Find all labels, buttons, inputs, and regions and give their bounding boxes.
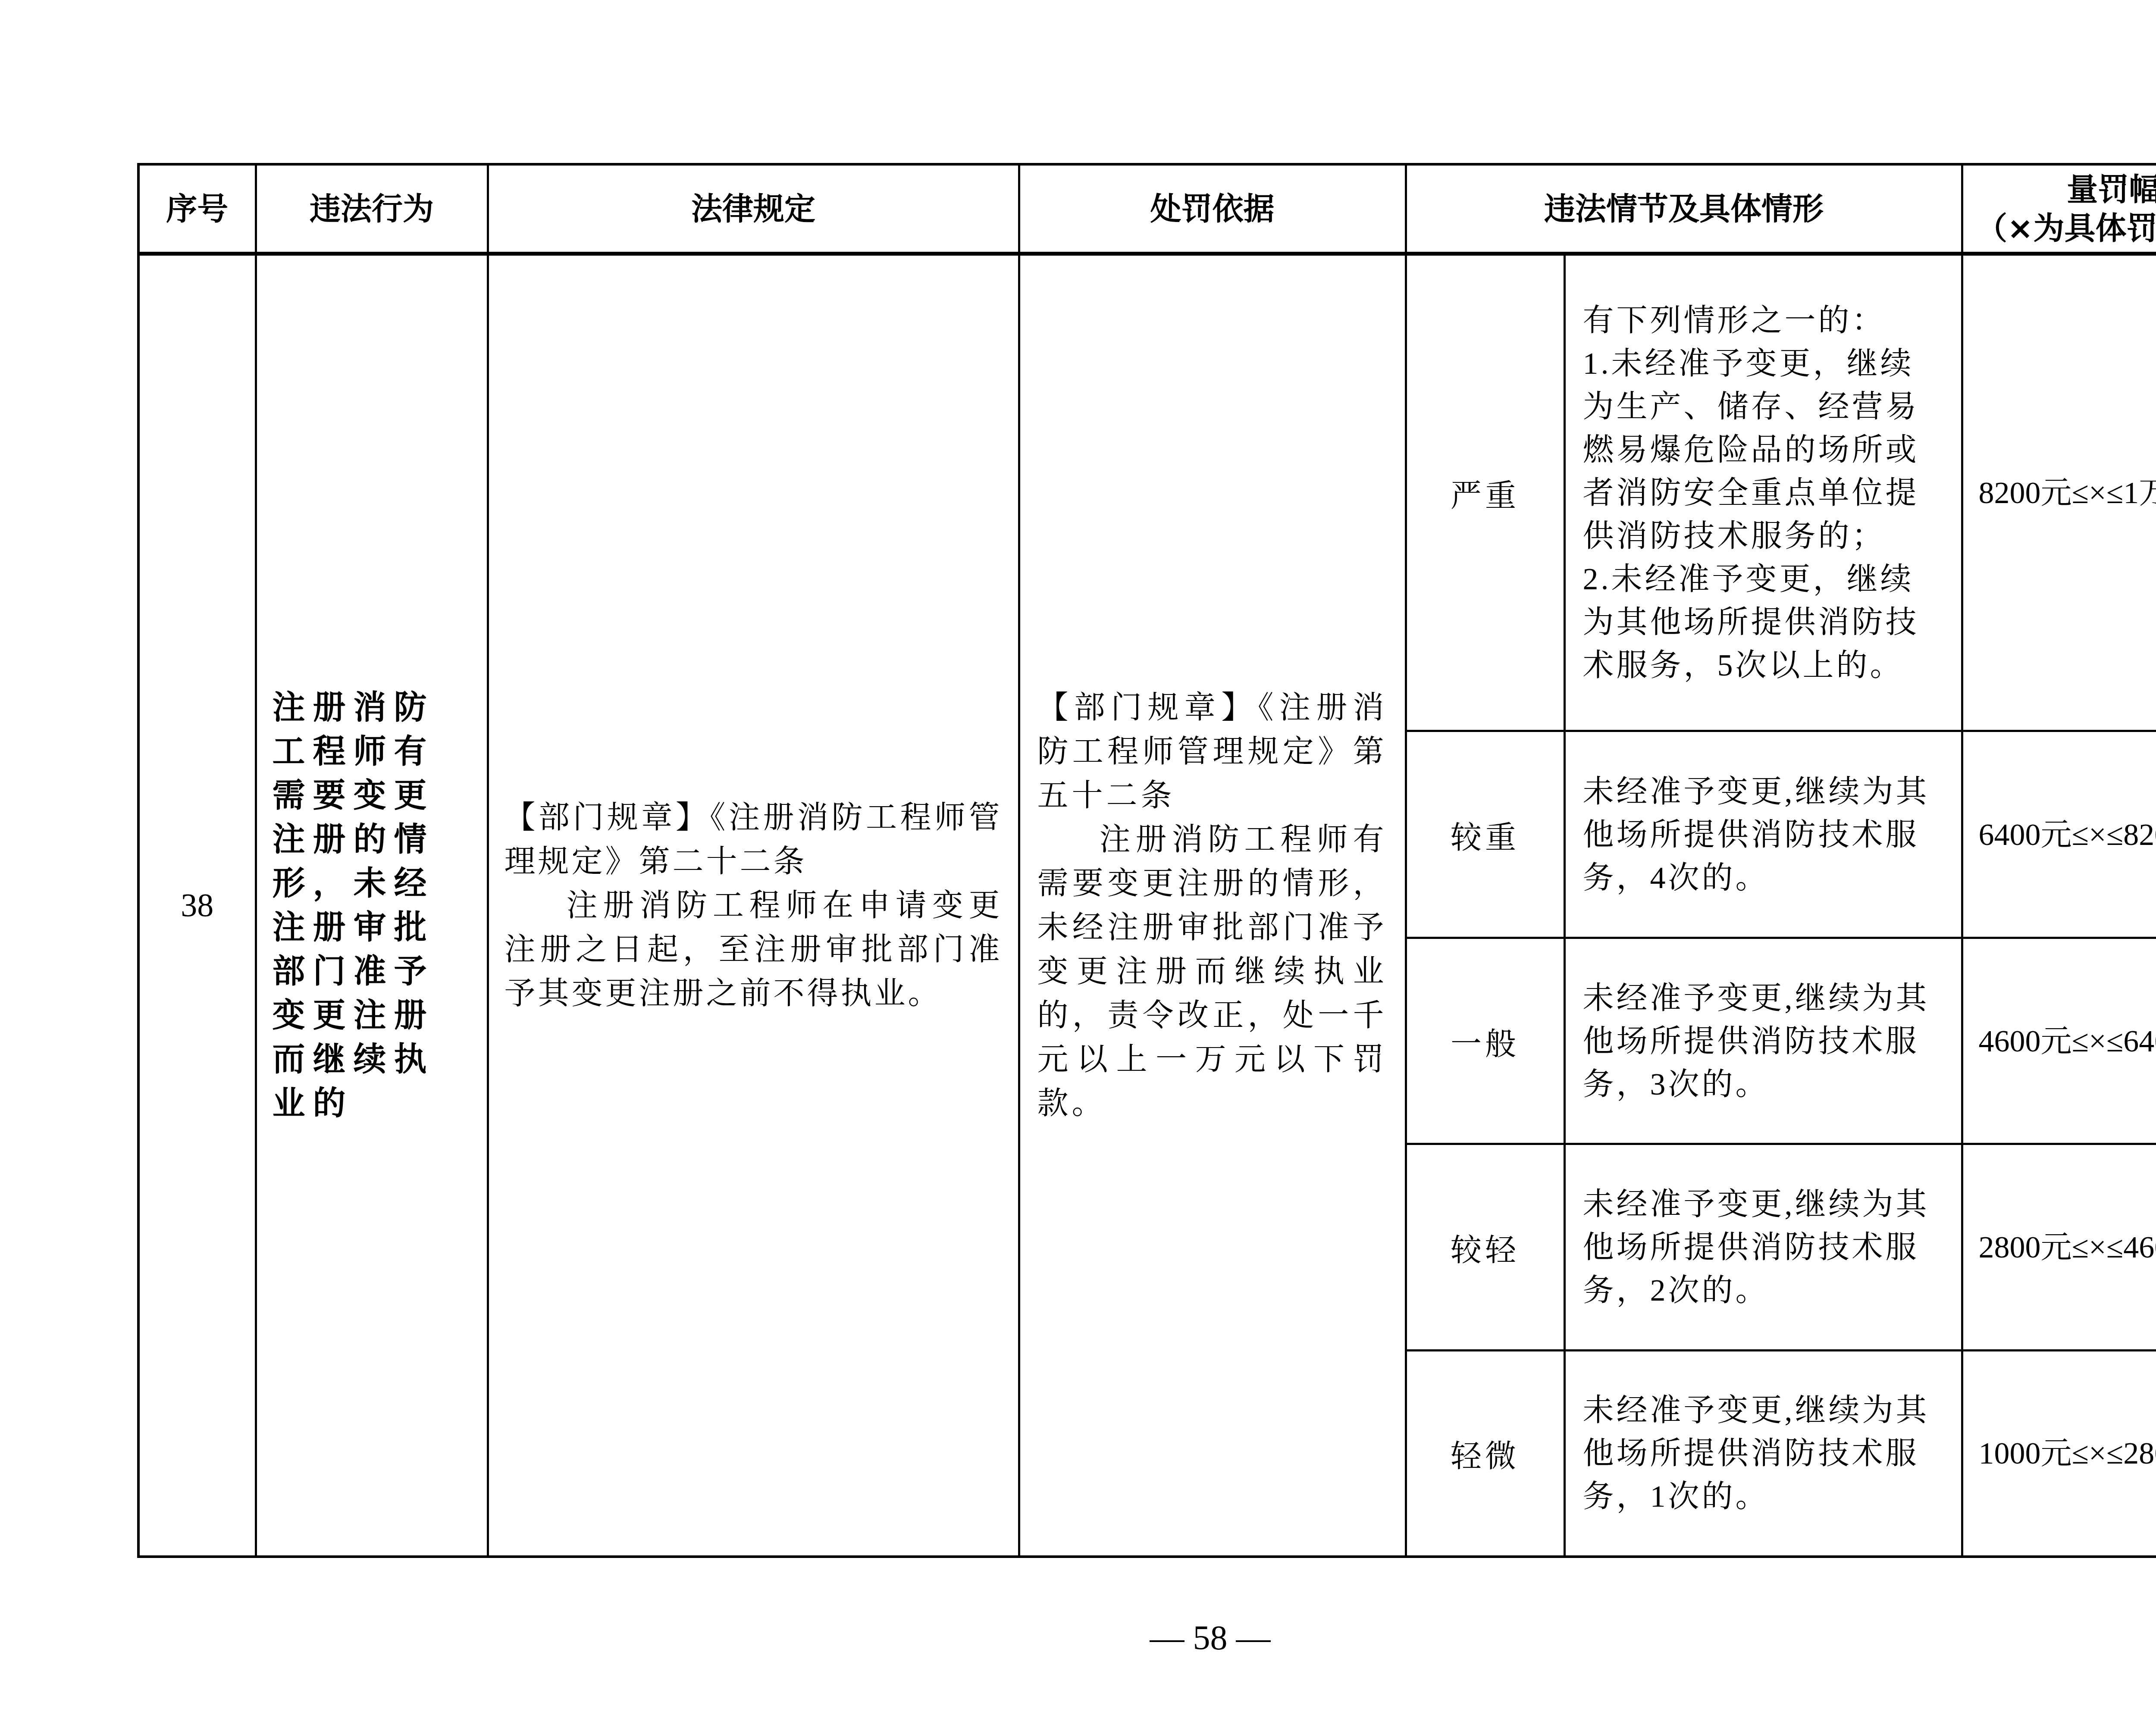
header-circumstances: 违法情节及具体情形 (1406, 164, 1962, 254)
circumstances-fairly-serious: 未经准予变更,继续为其他场所提供消防技术服务，4次的。 (1564, 731, 1962, 938)
severity-level-general: 一般 (1406, 938, 1564, 1144)
penalty-range-lighter: 2800元≤×≤4600元 (1962, 1144, 2156, 1351)
legal-provision-text: 注册消防工程师在申请变更注册之日起，至注册审批部门准予其变更注册之前不得执业。 (505, 883, 1003, 1015)
circumstance-line: 1.未经准予变更，继续为生产、储存、经营易燃易爆危险品的场所或者消防安全重点单位… (1583, 342, 1946, 557)
header-penalty-range: 量罚幅度 （×为具体罚款金额） (1962, 164, 2156, 254)
circumstances-lighter: 未经准予变更,继续为其他场所提供消防技术服务，2次的。 (1564, 1144, 1962, 1351)
circumstances-severe: 有下列情形之一的： 1.未经准予变更，继续为生产、储存、经营易燃易爆危险品的场所… (1564, 254, 1962, 731)
document-page: 序号 违法行为 法律规定 处罚依据 违法情节及具体情形 量罚幅度 （×为具体罚款… (0, 0, 2156, 1711)
violation-behavior-cell: 注册消防工程师有需要变更注册的情形，未经注册审批部门准予变更注册而继续执业的 (256, 254, 488, 1557)
penalty-range-minor: 1000元≤×≤2800元 (1962, 1351, 2156, 1557)
page-number: — 58 — (0, 1619, 2156, 1658)
table-row: 38 注册消防工程师有需要变更注册的情形，未经注册审批部门准予变更注册而继续执业… (138, 254, 2156, 731)
circumstances-general: 未经准予变更,继续为其他场所提供消防技术服务，3次的。 (1564, 938, 1962, 1144)
severity-level-minor: 轻微 (1406, 1351, 1564, 1557)
header-seq: 序号 (138, 164, 256, 254)
penalty-basis-text: 注册消防工程师有需要变更注册的情形，未经注册审批部门准予变更注册而继续执业的，责… (1037, 817, 1388, 1125)
penalty-discretion-table: 序号 违法行为 法律规定 处罚依据 违法情节及具体情形 量罚幅度 （×为具体罚款… (137, 163, 2156, 1558)
severity-level-severe: 严重 (1406, 254, 1564, 731)
legal-provision-source: 【部门规章】《注册消防工程师管理规定》第二十二条 (505, 795, 1003, 883)
seq-cell: 38 (138, 254, 256, 1557)
legal-provision-cell: 【部门规章】《注册消防工程师管理规定》第二十二条 注册消防工程师在申请变更注册之… (488, 254, 1019, 1557)
penalty-range-fairly-serious: 6400元≤×≤8200元 (1962, 731, 2156, 938)
circumstance-line: 2.未经准予变更，继续为其他场所提供消防技术服务，5次以上的。 (1583, 557, 1946, 687)
circumstance-line: 有下列情形之一的： (1583, 299, 1946, 342)
penalty-range-general: 4600元≤×≤6400元 (1962, 938, 2156, 1144)
header-behavior: 违法行为 (256, 164, 488, 254)
penalty-range-severe: 8200元≤×≤1万元 (1962, 254, 2156, 731)
header-range-title: 量罚幅度 (1963, 170, 2156, 209)
severity-level-fairly-serious: 较重 (1406, 731, 1564, 938)
header-legal-provision: 法律规定 (488, 164, 1019, 254)
circumstances-minor: 未经准予变更,继续为其他场所提供消防技术服务，1次的。 (1564, 1351, 1962, 1557)
header-penalty-basis: 处罚依据 (1019, 164, 1406, 254)
table-header-row: 序号 违法行为 法律规定 处罚依据 违法情节及具体情形 量罚幅度 （×为具体罚款… (138, 164, 2156, 254)
header-range-note: （×为具体罚款金额） (1963, 209, 2156, 247)
severity-level-lighter: 较轻 (1406, 1144, 1564, 1351)
penalty-basis-cell: 【部门规章】《注册消防工程师管理规定》第五十二条 注册消防工程师有需要变更注册的… (1019, 254, 1406, 1557)
penalty-basis-source: 【部门规章】《注册消防工程师管理规定》第五十二条 (1037, 685, 1388, 817)
